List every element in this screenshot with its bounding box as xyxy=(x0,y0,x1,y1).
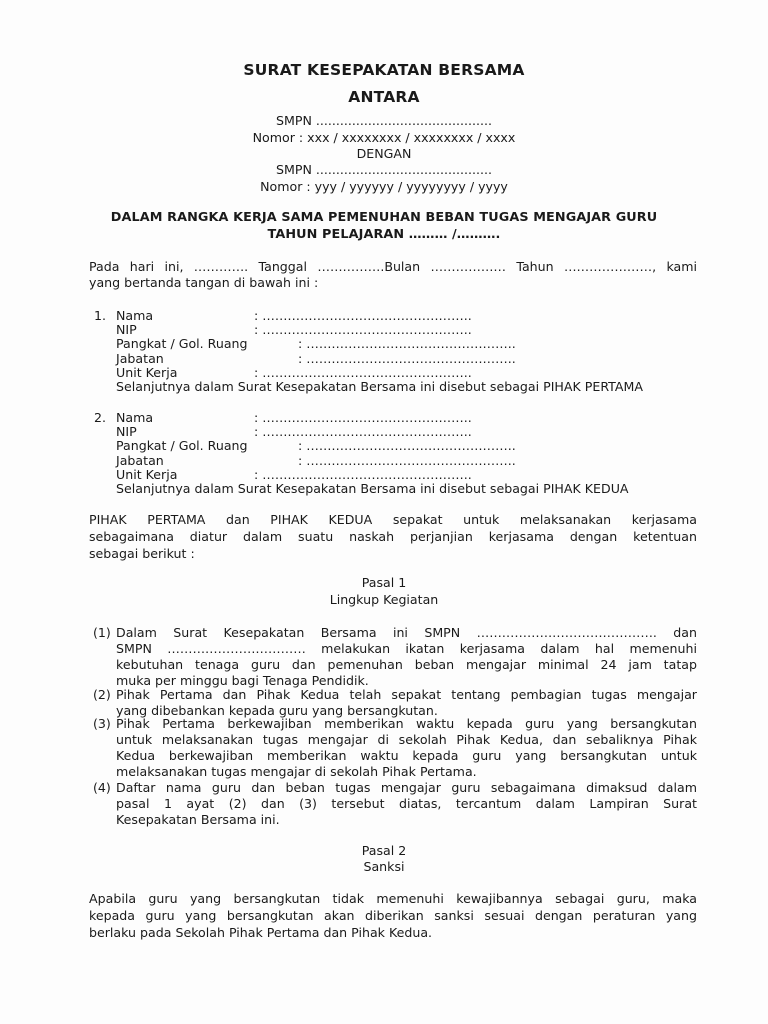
sanction-line: kepada guru yang bersangkutan akan diber… xyxy=(89,908,697,923)
document-subtitle: ANTARA xyxy=(0,88,768,106)
party-field-label: NIP xyxy=(116,424,137,439)
party-b-number: Nomor : yyy / yyyyyy / yyyyyyyy / yyyy xyxy=(0,179,768,194)
clause-line: SMPN …………………………… melakukan ikatan kerjas… xyxy=(116,641,697,656)
clause-line: melaksanakan tugas mengajar di sekolah P… xyxy=(116,764,477,779)
party-a-number: Nomor : xxx / xxxxxxxx / xxxxxxxx / xxxx xyxy=(0,130,768,145)
clause-marker: (4) xyxy=(93,780,111,795)
document-page: SURAT KESEPAKATAN BERSAMA ANTARA SMPN ..… xyxy=(0,0,768,1024)
party-field-value: : ………………………………………….. xyxy=(254,467,472,482)
clause-marker: (1) xyxy=(93,625,111,640)
article-1-subheading: Lingkup Kegiatan xyxy=(0,592,768,607)
party-field-label: Unit Kerja xyxy=(116,467,177,482)
party-field-label: Jabatan xyxy=(116,351,164,366)
article-1-heading: Pasal 1 xyxy=(0,575,768,590)
clause-line: Pihak Pertama dan Pihak Kedua telah sepa… xyxy=(116,687,697,702)
party-field-label: Nama xyxy=(116,410,153,425)
party-b-school: SMPN ...................................… xyxy=(0,162,768,177)
clause-marker: (3) xyxy=(93,716,111,731)
agreement-line: PIHAK PERTAMA dan PIHAK KEDUA sepakat un… xyxy=(89,512,697,527)
agreement-line: sebagaimana diatur dalam suatu naskah pe… xyxy=(89,529,697,544)
clause-line: Kedua berkewajiban memberikan waktu kepa… xyxy=(116,748,697,763)
opening-line-2: yang bertanda tangan di bawah ini : xyxy=(89,275,318,290)
sanction-line: berlaku pada Sekolah Pihak Pertama dan P… xyxy=(89,925,432,940)
party-field-label: Pangkat / Gol. Ruang xyxy=(116,336,248,351)
purpose-heading-line-1: DALAM RANGKA KERJA SAMA PEMENUHAN BEBAN … xyxy=(0,210,768,225)
party-designation: Selanjutnya dalam Surat Kesepakatan Bers… xyxy=(116,481,629,496)
clause-line: muka per minggu bagi Tenaga Pendidik. xyxy=(116,673,369,688)
party-field-label: Jabatan xyxy=(116,453,164,468)
party-field-label: Nama xyxy=(116,308,153,323)
clause-line: Daftar nama guru dan beban tugas mengaja… xyxy=(116,780,697,795)
party-field-label: Pangkat / Gol. Ruang xyxy=(116,438,248,453)
purpose-heading-line-2: TAHUN PELAJARAN ……… /………. xyxy=(0,227,768,242)
party-number: 2. xyxy=(94,410,106,425)
clause-line: pasal 1 ayat (2) dan (3) tersebut diatas… xyxy=(116,796,697,811)
party-field-value: : ………………………………………….. xyxy=(298,351,516,366)
party-field-value: : ………………………………………….. xyxy=(254,410,472,425)
clause-line: Dalam Surat Kesepakatan Bersama ini SMPN… xyxy=(116,625,697,640)
sanction-line: Apabila guru yang bersangkutan tidak mem… xyxy=(89,891,697,906)
party-designation: Selanjutnya dalam Surat Kesepakatan Bers… xyxy=(116,379,643,394)
article-2-heading: Pasal 2 xyxy=(0,843,768,858)
opening-line-1: Pada hari ini, …………. Tanggal …………….Bulan… xyxy=(89,259,697,274)
document-title: SURAT KESEPAKATAN BERSAMA xyxy=(0,61,768,79)
party-field-value: : ………………………………………….. xyxy=(254,365,472,380)
party-field-value: : ………………………………………….. xyxy=(254,308,472,323)
clause-line: untuk melaksanakan tugas mengajar di sek… xyxy=(116,732,697,747)
party-a-school: SMPN ...................................… xyxy=(0,113,768,128)
party-field-value: : ………………………………………….. xyxy=(254,322,472,337)
agreement-line: sebagai berikut : xyxy=(89,546,195,561)
clause-line: Pihak Pertama berkewajiban memberikan wa… xyxy=(116,716,697,731)
article-2-subheading: Sanksi xyxy=(0,859,768,874)
party-field-value: : ………………………………………….. xyxy=(298,336,516,351)
party-field-value: : ………………………………………….. xyxy=(254,424,472,439)
party-number: 1. xyxy=(94,308,106,323)
party-field-value: : ………………………………………….. xyxy=(298,438,516,453)
clause-line: kebutuhan tenaga guru dan pemenuhan beba… xyxy=(116,657,697,672)
clause-marker: (2) xyxy=(93,687,111,702)
party-field-value: : ………………………………………….. xyxy=(298,453,516,468)
clause-line: Kesepakatan Bersama ini. xyxy=(116,812,280,827)
connector-text: DENGAN xyxy=(0,146,768,161)
party-field-label: NIP xyxy=(116,322,137,337)
party-field-label: Unit Kerja xyxy=(116,365,177,380)
